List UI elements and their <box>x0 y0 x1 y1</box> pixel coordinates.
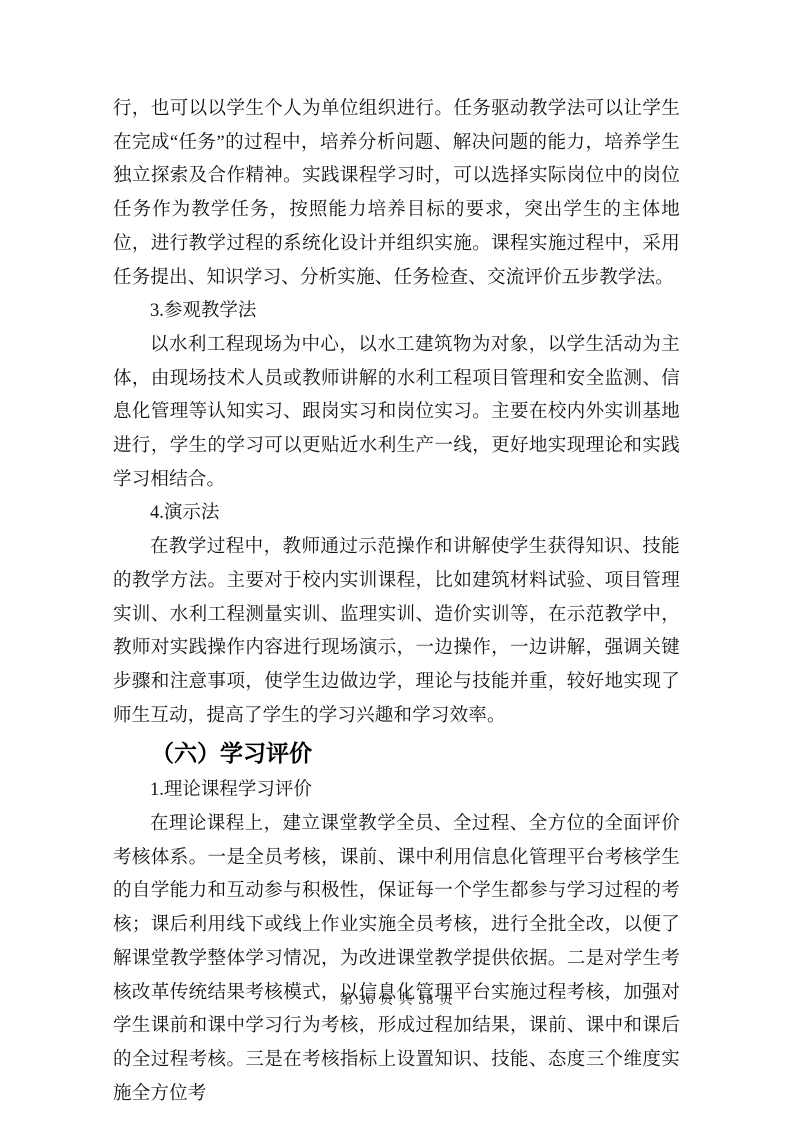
subheading-3-observation-teaching-method: 3.参观教学法 <box>113 295 680 329</box>
document-page: 行，也可以以学生个人为单位组织进行。任务驱动教学法可以让学生在完成“任务”的过程… <box>0 0 793 1122</box>
subheading-1-theory-course-evaluation: 1.理论课程学习评价 <box>113 774 680 808</box>
paragraph-demonstration-method: 在教学过程中，教师通过示范操作和讲解使学生获得知识、技能的教学方法。主要对于校内… <box>113 531 680 733</box>
paragraph-observation-teaching-method: 以水利工程现场为中心，以水工建筑物为对象，以学生活动为主体，由现场技术人员或教师… <box>113 329 680 498</box>
document-body: 行，也可以以学生个人为单位组织进行。任务驱动教学法可以让学生在完成“任务”的过程… <box>113 93 680 1111</box>
paragraph-task-driven-method-continuation: 行，也可以以学生个人为单位组织进行。任务驱动教学法可以让学生在完成“任务”的过程… <box>113 93 680 295</box>
page-number-footer: 第 36 页 共 38 页 <box>0 991 793 1011</box>
paragraph-theory-course-evaluation: 在理论课程上，建立课堂教学全员、全过程、全方位的全面评价考核体系。一是全员考核，… <box>113 808 680 1111</box>
subheading-4-demonstration-method: 4.演示法 <box>113 497 680 531</box>
section-heading-learning-evaluation: （六）学习评价 <box>113 735 680 772</box>
